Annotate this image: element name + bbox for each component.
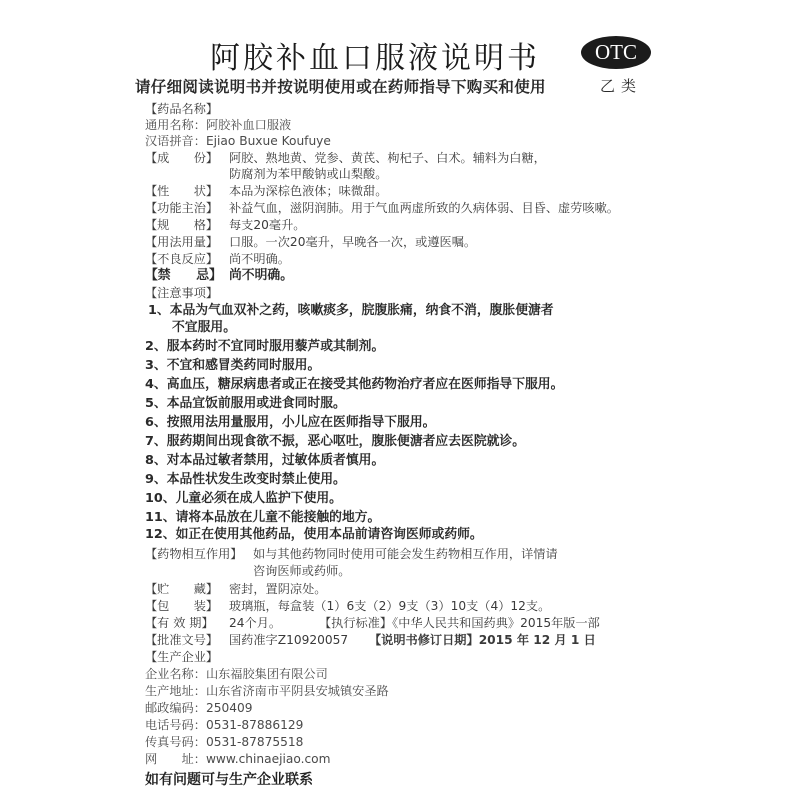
contraindications-value: 尚不明确。: [229, 268, 293, 283]
interactions-value-cont: 咨询医师或药师。: [253, 563, 351, 579]
precaution-item-6: 6、按照用法用量服用，小儿应在医师指导下服用。: [145, 415, 435, 431]
precaution-item-2: 2、服本药时不宜同时服用藜芦或其制剂。: [145, 339, 384, 355]
dosage-label: 【用法用量】: [145, 234, 229, 250]
contraindications-row: 【禁 忌】尚不明确。: [145, 268, 293, 284]
validity-row: 【有 效 期】24个月。【执行标准】《中华人民共和国药典》2015年版一部: [145, 615, 600, 631]
precaution-item-7: 7、服药期间出现食欲不振，恶心呕吐，腹胀便溏者应去医院就诊。: [145, 434, 525, 450]
precaution-item-3: 3、不宜和感冒类药同时服用。: [145, 358, 320, 374]
fax-value: 0531-87875518: [206, 735, 303, 749]
manufacturer-heading: 【生产企业】: [145, 649, 218, 665]
storage-label: 【贮 藏】: [145, 581, 229, 597]
storage-row: 【贮 藏】密封，置阴凉处。: [145, 581, 327, 597]
revision-date-value: 2015 年 12 月 1 日: [479, 633, 596, 647]
precaution-item-1: 1、本品为气血双补之药，咳嗽痰多，脘腹胀痛，纳食不消，腹胀便溏者: [148, 303, 554, 319]
manufacturer-name-row: 企业名称：山东福胶集团有限公司: [145, 666, 328, 682]
ingredients-value-cont: 防腐剂为苯甲酸钠或山梨酸。: [229, 166, 387, 182]
packaging-label: 【包 装】: [145, 598, 229, 614]
standard-label: 【执行标准】: [319, 616, 392, 630]
document-title: 阿胶补血口服液说明书: [210, 33, 540, 77]
approval-label: 【批准文号】: [145, 632, 229, 648]
indications-label: 【功能主治】: [145, 200, 229, 216]
precaution-item-12: 12、如正在使用其他药品，使用本品前请咨询医师或药师。: [145, 527, 483, 543]
specification-row: 【规 格】每支20毫升。: [145, 217, 305, 233]
precautions-heading: 【注意事项】: [145, 285, 218, 301]
fax-row: 传真号码：0531-87875518: [145, 734, 303, 750]
phone-value: 0531-87886129: [206, 718, 303, 732]
ingredients-value: 阿胶、熟地黄、党参、黄芪、枸杞子、白术。辅料为白糖，: [229, 151, 546, 165]
ingredients-label: 【成 份】: [145, 150, 229, 166]
fax-label: 传真号码：: [145, 735, 206, 749]
interactions-value: 如与其他药物同时使用可能会发生药物相互作用，详情请: [253, 547, 558, 561]
indications-row: 【功能主治】补益气血，滋阴润肺。用于气血两虚所致的久病体弱、目昏、虚劳咳嗽。: [145, 200, 619, 216]
standard-value: 《中华人民共和国药典》2015年版一部: [392, 616, 600, 630]
approval-row: 【批准文号】国药准字Z10920057【说明书修订日期】2015 年 12 月 …: [145, 632, 596, 648]
website-value: www.chinaejiao.com: [206, 752, 331, 766]
dosage-value: 口服。一次20毫升，早晚各一次，或遵医嘱。: [229, 235, 476, 249]
manufacturer-address-row: 生产地址：山东省济南市平阴县安城镇安圣路: [145, 683, 389, 699]
otc-badge: OTC: [581, 36, 651, 69]
adverse-reactions-value: 尚不明确。: [229, 252, 290, 266]
website-label: 网 址：: [145, 752, 206, 766]
generic-name-label: 通用名称：: [145, 118, 206, 132]
contact-note: 如有问题可与生产企业联系: [145, 769, 313, 789]
precaution-item-4: 4、高血压，糖尿病患者或正在接受其他药物治疗者应在医师指导下服用。: [145, 377, 563, 393]
indications-value: 补益气血，滋阴润肺。用于气血两虚所致的久病体弱、目昏、虚劳咳嗽。: [229, 201, 619, 215]
pinyin-label: 汉语拼音：: [145, 134, 206, 148]
usage-notice: 请仔细阅读说明书并按说明使用或在药师指导下购买和使用: [135, 75, 546, 97]
phone-label: 电话号码：: [145, 718, 206, 732]
interactions-row: 【药物相互作用】如与其他药物同时使用可能会发生药物相互作用，详情请: [145, 546, 558, 562]
phone-row: 电话号码：0531-87886129: [145, 717, 303, 733]
interactions-label: 【药物相互作用】: [145, 546, 253, 562]
packaging-value: 玻璃瓶，每盒装（1）6支（2）9支（3）10支（4）12支。: [229, 599, 550, 613]
revision-date-label: 【说明书修订日期】: [369, 633, 479, 647]
precaution-item-9: 9、本品性状发生改变时禁止使用。: [145, 472, 346, 488]
generic-name-value: 阿胶补血口服液: [206, 118, 291, 132]
precaution-item-1-cont: 不宜服用。: [172, 320, 236, 336]
postal-code-row: 邮政编码：250409: [145, 700, 252, 716]
precaution-item-10: 10、儿童必须在成人监护下使用。: [145, 491, 342, 507]
manufacturer-address-label: 生产地址：: [145, 684, 206, 698]
appearance-row: 【性 状】本品为深棕色液体；味微甜。: [145, 183, 387, 199]
adverse-reactions-row: 【不良反应】尚不明确。: [145, 251, 290, 267]
manufacturer-name-label: 企业名称：: [145, 667, 206, 681]
precaution-item-11: 11、请将本品放在儿童不能接触的地方。: [145, 510, 380, 526]
postal-code-value: 250409: [206, 701, 253, 715]
precaution-item-8: 8、对本品过敏者禁用，过敏体质者慎用。: [145, 453, 384, 469]
validity-value: 24个月。: [229, 615, 319, 631]
storage-value: 密封，置阴凉处。: [229, 582, 327, 596]
generic-name-row: 通用名称：阿胶补血口服液: [145, 117, 291, 133]
precaution-item-5: 5、本品宜饭前服用或进食同时服。: [145, 396, 346, 412]
appearance-label: 【性 状】: [145, 183, 229, 199]
dosage-row: 【用法用量】口服。一次20毫升，早晚各一次，或遵医嘱。: [145, 234, 476, 250]
manufacturer-address-value: 山东省济南市平阴县安城镇安圣路: [206, 684, 389, 698]
pinyin-row: 汉语拼音：Ejiao Buxue Koufuye: [145, 133, 331, 149]
validity-label: 【有 效 期】: [145, 615, 229, 631]
contraindications-label: 【禁 忌】: [145, 268, 229, 284]
pinyin-value: Ejiao Buxue Koufuye: [206, 134, 331, 148]
approval-value: 国药准字Z10920057: [229, 632, 369, 648]
packaging-row: 【包 装】玻璃瓶，每盒装（1）6支（2）9支（3）10支（4）12支。: [145, 598, 550, 614]
specification-label: 【规 格】: [145, 217, 229, 233]
postal-code-label: 邮政编码：: [145, 701, 206, 715]
adverse-reactions-label: 【不良反应】: [145, 251, 229, 267]
otc-badge-label: OTC: [595, 40, 637, 65]
manufacturer-name-value: 山东福胶集团有限公司: [206, 667, 328, 681]
specification-value: 每支20毫升。: [229, 218, 305, 232]
drug-name-heading: 【药品名称】: [145, 101, 218, 117]
appearance-value: 本品为深棕色液体；味微甜。: [229, 184, 387, 198]
website-row: 网 址：www.chinaejiao.com: [145, 751, 330, 767]
otc-category: 乙类: [600, 75, 642, 96]
ingredients-row: 【成 份】阿胶、熟地黄、党参、黄芪、枸杞子、白术。辅料为白糖，: [145, 150, 546, 166]
